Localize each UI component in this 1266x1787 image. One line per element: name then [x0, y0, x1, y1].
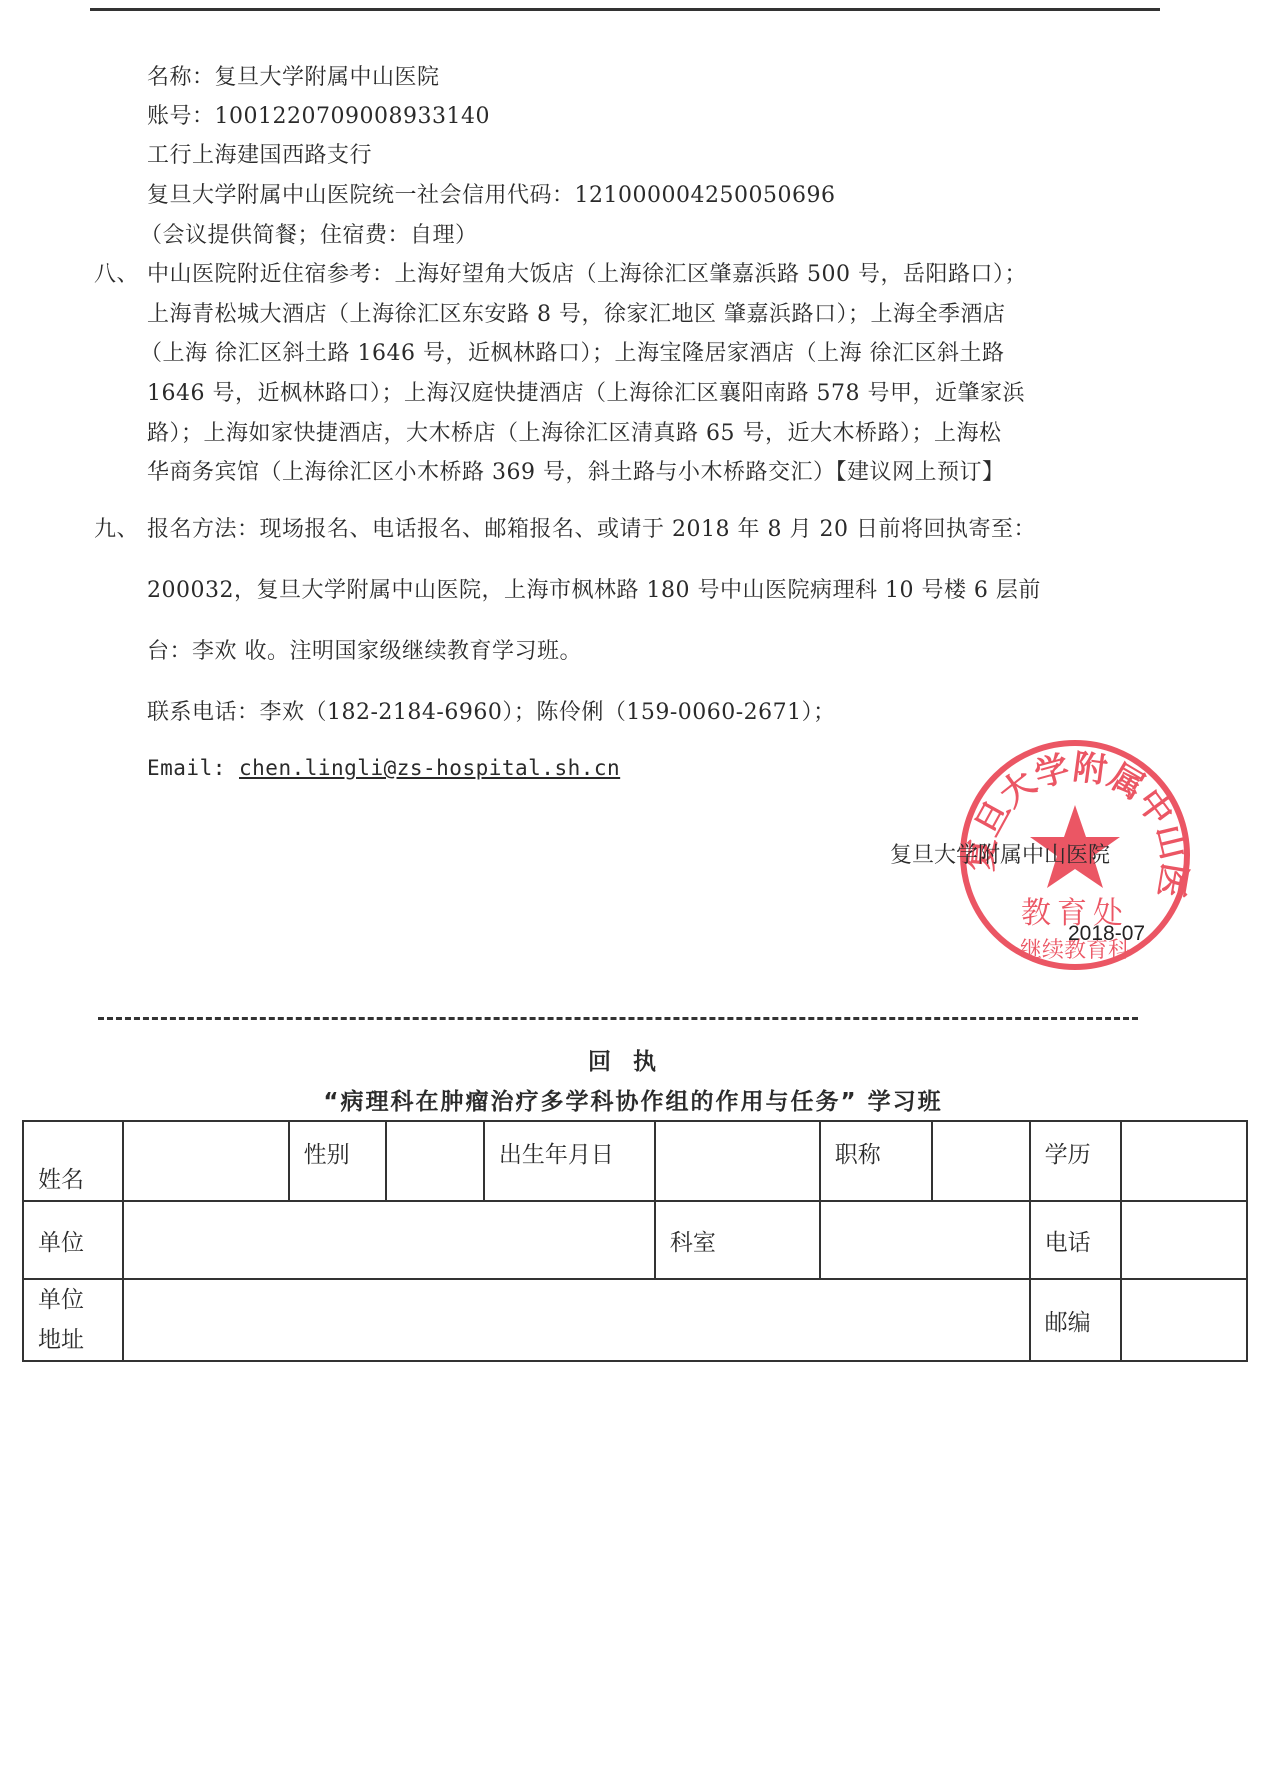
section-8-marker: 八、: [94, 257, 139, 288]
name-label: 姓名: [23, 1121, 123, 1201]
credit-code: 复旦大学附属中山医院统一社会信用代码：12100000425005069​6: [147, 178, 835, 209]
section-9-line: 台：李欢 收。注明国家级继续教育学习班。: [147, 634, 582, 665]
postcode-field[interactable]: [1121, 1279, 1247, 1361]
email-label: Email:: [147, 756, 239, 780]
bank-branch: 工行上海建国西路支行: [147, 138, 372, 169]
unit-field[interactable]: [123, 1201, 655, 1279]
section-8-line: 路）；上海如家快捷酒店，大木桥店（上海徐汇区清真路 65 号，近大木桥路）；上海…: [147, 416, 1001, 447]
phone-field[interactable]: [1121, 1201, 1247, 1279]
birthdate-field[interactable]: [655, 1121, 820, 1201]
section-8-line: 1646 号，近枫林路口）；上海汉庭快捷酒店（上海徐汇区襄阳南路 578 号甲，…: [147, 376, 1025, 407]
unit-label: 单位: [23, 1201, 123, 1279]
gender-field[interactable]: [386, 1121, 484, 1201]
top-rule: [90, 8, 1160, 11]
education-label: 学历: [1030, 1121, 1121, 1201]
dept-label: 科室: [655, 1201, 820, 1279]
section-9-marker: 九、: [94, 512, 139, 543]
signature-org: 复旦大学附属中山医院: [890, 838, 1110, 869]
email-link[interactable]: chen.lingli@zs-hospital.sh.cn: [239, 756, 620, 780]
address-field[interactable]: [123, 1279, 1030, 1361]
dept-field[interactable]: [820, 1201, 1030, 1279]
email-row: Email: chen.lingli@zs-hospital.sh.cn: [147, 756, 620, 781]
name-field[interactable]: [123, 1121, 289, 1201]
title-field[interactable]: [932, 1121, 1030, 1201]
account-number: 账号：1001220709008933140: [147, 99, 490, 130]
signature-date: 2018-07: [1068, 922, 1145, 946]
section-9-line: 200032，复旦大学附属中山医院，上海市枫林路 180 号中山医院病理科 10…: [147, 573, 1041, 604]
title-label: 职称: [820, 1121, 932, 1201]
birthdate-label: 出生年月日: [484, 1121, 655, 1201]
section-9-line: 报名方法：现场报名、电话报名、邮箱报名、或请于 2018 年 8 月 20 日前…: [147, 512, 1036, 543]
education-field[interactable]: [1121, 1121, 1247, 1201]
cut-line: [98, 1017, 1138, 1020]
receipt-subtitle: “病理科在肿瘤治疗多学科协作组的作用与任务” 学习班: [0, 1083, 1266, 1116]
section-8-line: 上海青松城大酒店（上海徐汇区东安路 8 号，徐家汇地区 肇嘉浜路口）；上海全季酒…: [147, 297, 1005, 328]
receipt-form-table: 姓名 性别 出生年月日 职称 学历 单位 科室 电话 单位 地址 邮编: [22, 1120, 1248, 1362]
address-label: 单位 地址: [23, 1279, 123, 1361]
section-8-line: 中山医院附近住宿参考：上海好望角大饭店（上海徐汇区肇嘉浜路 500 号，岳阳路口…: [147, 257, 1027, 288]
contact-phones: 联系电话：李欢（182-2184-6960）；陈伶俐（159-0060-2671…: [147, 695, 836, 726]
postcode-label: 邮编: [1030, 1279, 1121, 1361]
meal-note: （会议提供简餐；住宿费：自理）: [140, 218, 478, 249]
address-label-line: 地址: [38, 1320, 122, 1360]
phone-label: 电话: [1030, 1201, 1121, 1279]
gender-label: 性别: [289, 1121, 387, 1201]
address-label-line: 单位: [38, 1280, 122, 1320]
payee-name: 名称：复旦大学附属中山医院: [147, 60, 440, 91]
section-8-line: 华商务宾馆（上海徐汇区小木桥路 369 号，斜土路与小木桥路交汇）【建议网上预订…: [147, 455, 1004, 486]
receipt-title: 回执: [0, 1043, 1266, 1076]
section-8-line: （上海 徐汇区斜土路 1646 号，近枫林路口）；上海宝隆居家酒店（上海 徐汇区…: [140, 336, 1004, 367]
